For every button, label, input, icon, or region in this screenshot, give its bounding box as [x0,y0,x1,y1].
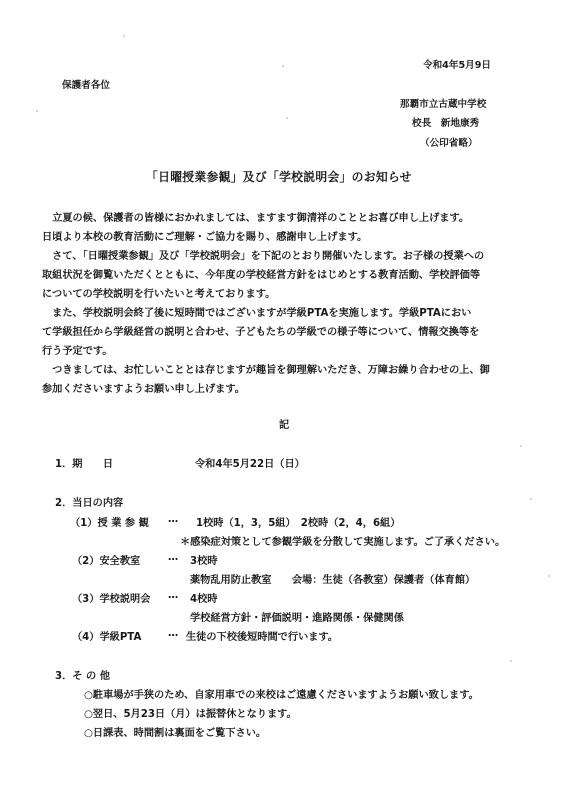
body-line: 参加くださいますようお願い申し上げます。 [42,380,245,395]
item-dots: … [168,628,178,639]
body-line: についての学校説明を行いたいと考えております。 [42,285,275,300]
recipient: 保護者各位 [62,77,110,91]
item-note: 薬物乱用防止教室 会場：生徒（各教室）保護者（体育館） [190,571,475,586]
document-title: 「日曜授業参観」及び「学校説明会」のお知らせ [146,168,412,185]
item-dots: … [168,514,178,525]
scan-speck [123,35,125,37]
item-note: ＊感染症対策として参観学級を分散して実施します。ご了承ください。 [180,533,505,548]
section-date-value: 令和4年5月22日（日） [195,455,305,470]
item-value: 1校時（1，3，5組） 2校時（2，4，6組） [196,514,400,529]
other-item: ○日課表、時間割は裏面をご覧下さい。 [84,724,266,739]
item-dots: … [168,552,178,563]
item-dots: … [168,590,178,601]
section-other-heading: 3．そ の 他 [55,667,110,682]
body-line: 取組状況を御覧いただくとともに、今年度の学校経営方針をはじめとする教育活動、学校… [42,266,480,281]
scan-speck [548,575,550,577]
scan-speck [36,110,38,112]
item-value: 4校時 [190,590,217,605]
scan-speck [286,117,288,119]
body-line: また、学校説明会終了後に短時間ではございますが学級PTAを実施します。学級PTA… [42,304,471,319]
school-name: 那覇市立古蔵中学校 [400,96,486,110]
item-note: 学校経営方針・評価説明・進路関係・保健関係 [190,609,404,624]
ki-heading: 記 [279,416,289,431]
body-line: 行う予定です。 [42,342,113,357]
body-line: さて、「日曜授業参観」及び「学校説明会」を下記のとおり開催いたします。お子様の授… [42,247,484,262]
other-item: ○駐車場が手狭のため、自家用車での来校はご遠慮くださいますようお願い致します。 [84,686,479,701]
body-line: 日頃より本校の教育活動にご理解・ご協力を賜り、感謝申し上げます。 [42,228,367,243]
principal-name: 校長 新地康秀 [412,115,479,129]
item-label: （2）安全教室 [72,552,140,567]
scan-speck [520,445,522,447]
scan-speck [530,498,532,500]
item-label: （4）学級PTA [72,628,141,643]
item-label: （1）授 業 参 観 [70,514,149,529]
seal-note: （公印省略） [420,135,478,149]
other-item: ○翌日、5月23日（月）は振替休となります。 [84,705,297,720]
item-value: 3校時 [190,552,217,567]
issue-date: 令和4年5月9日 [423,57,491,71]
scan-speck [282,65,284,67]
scan-speck [510,660,512,662]
item-label: （3）学校説明会 [72,590,150,605]
item-value: 生徒の下校後短時間で行います。 [186,628,338,643]
body-line: 立夏の候、保護者の皆様におかれましては、ますます御清祥のこととお喜び申し上げます… [42,209,469,224]
body-line: て学級担任から学級経営の説明と合わせ、子どもたちの学級での様子等について、情報交… [42,323,479,338]
section-date-label: 1．期 日 [55,455,113,470]
section-content-heading: 2．当日の内容 [55,494,123,509]
body-line: つきましては、お忙しいこととは存じますが趣旨を御理解いただき、万障お繰り合わせの… [42,361,490,376]
